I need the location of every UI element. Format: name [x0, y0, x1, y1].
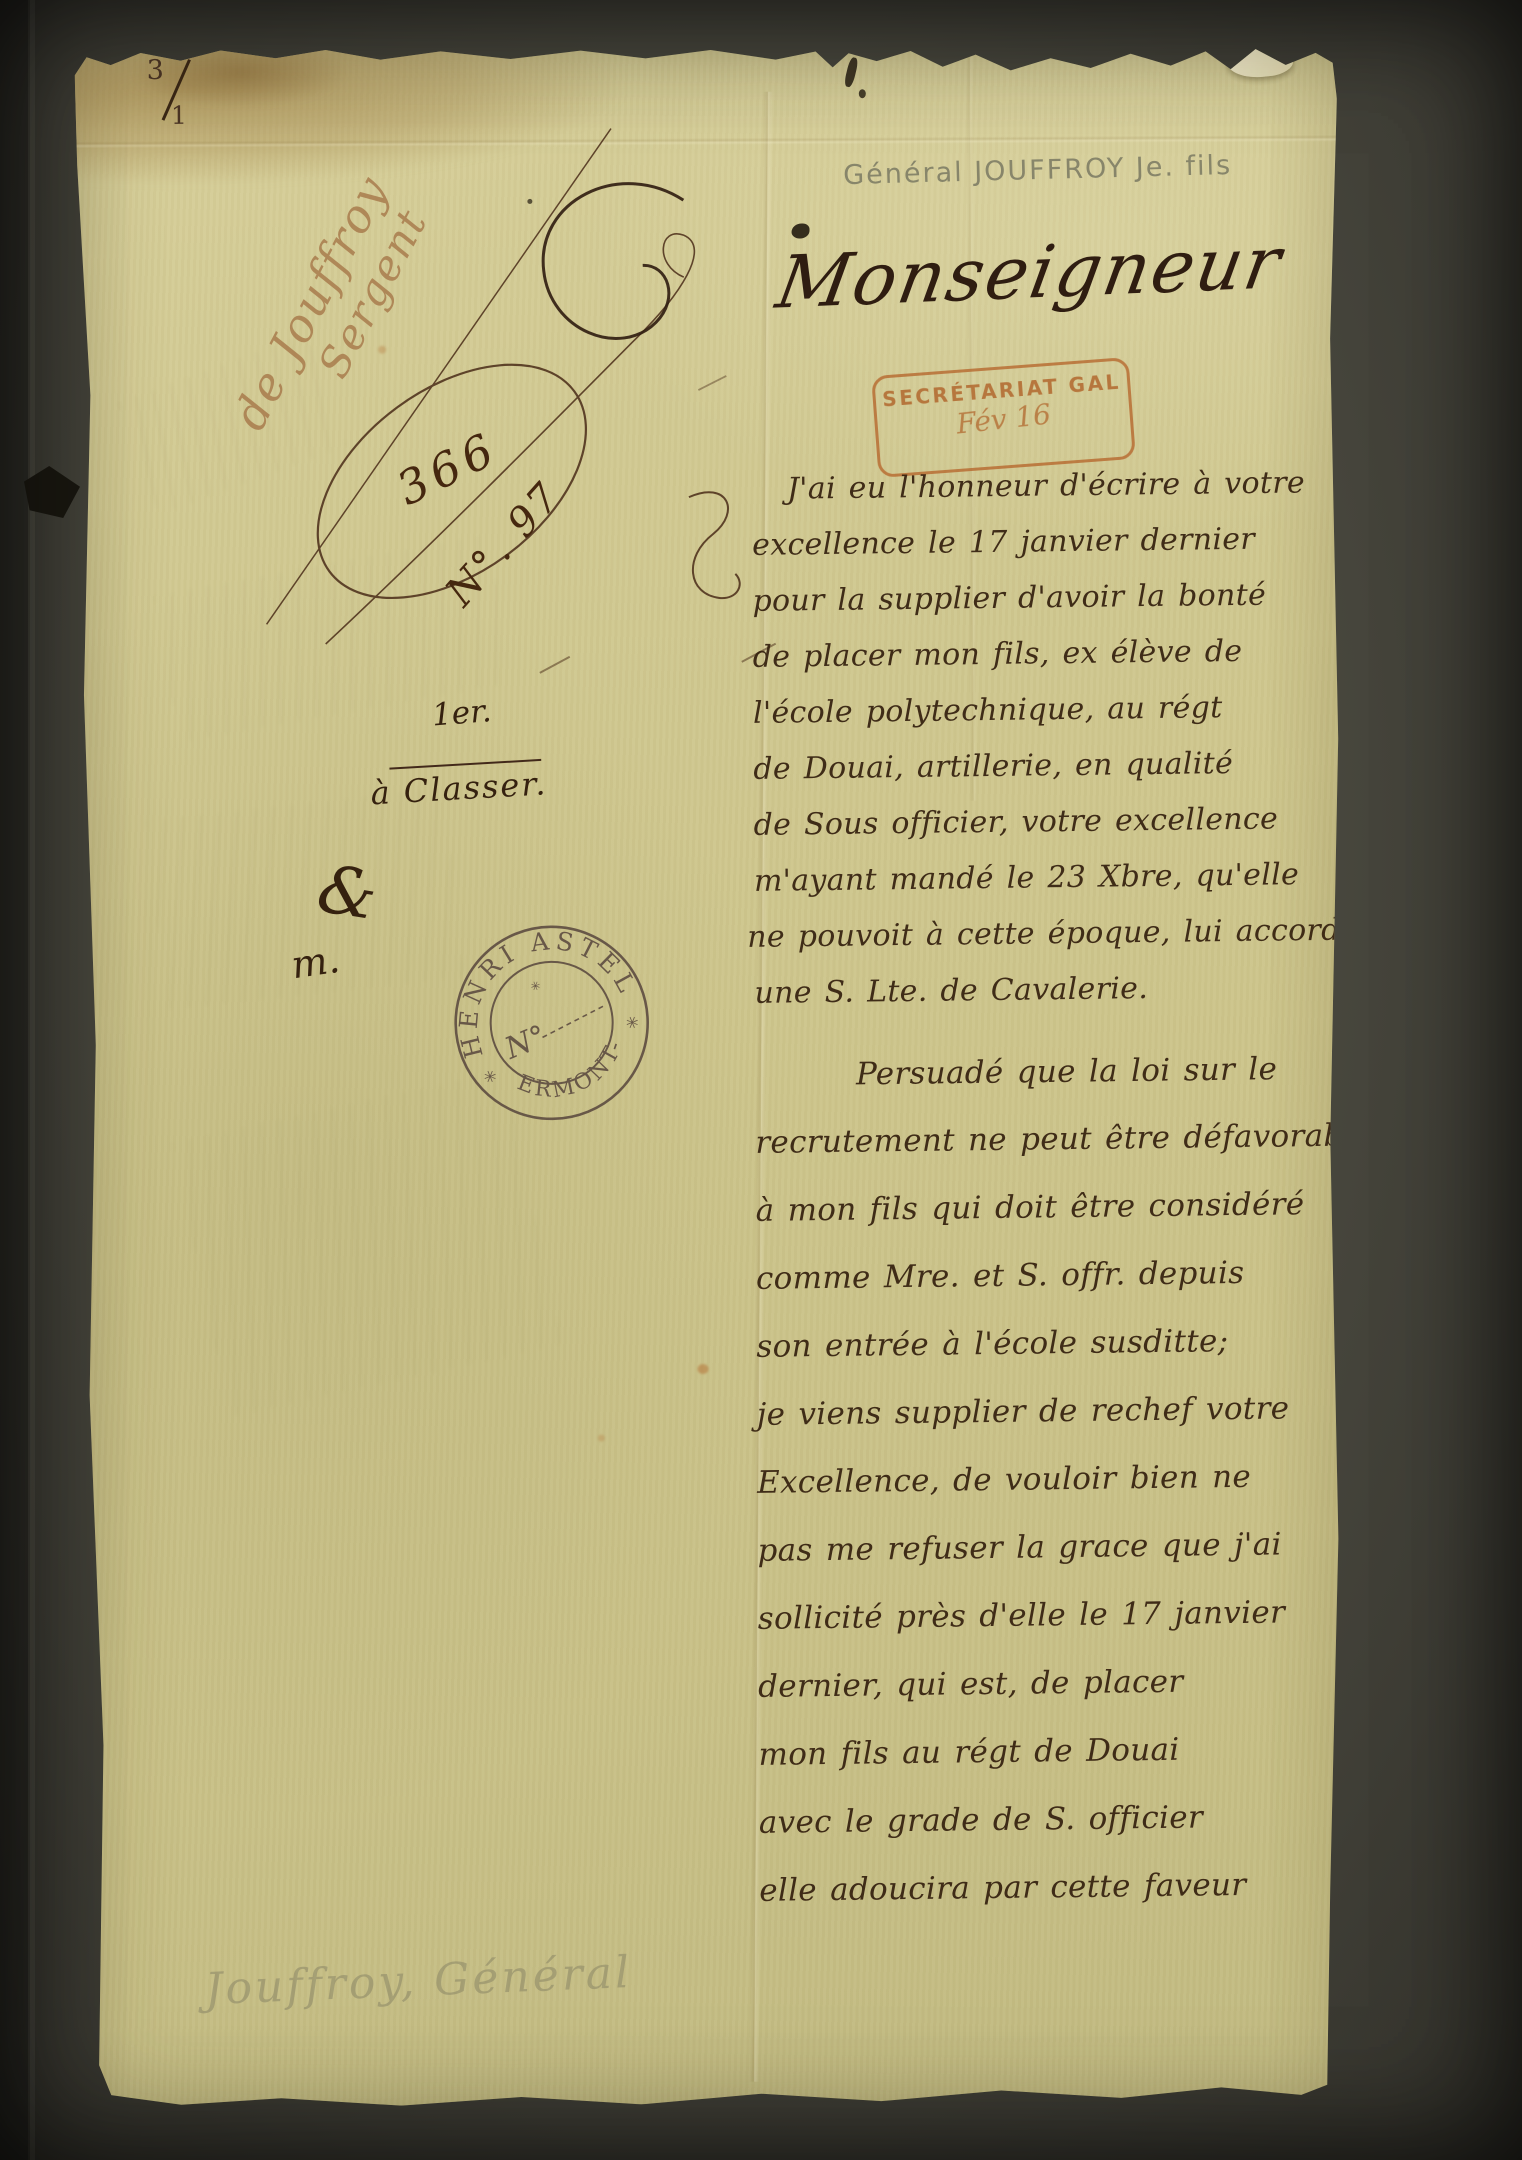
fraction-numerator: 3 [147, 55, 164, 86]
margin-initials: m. [288, 937, 342, 987]
astel-stamp-number-label: N° [499, 1019, 551, 1067]
body-line: ne pouvoit à cette époque, lui accorder [747, 913, 1347, 955]
pencil-attribution-bottom: Jouffroy, Général [204, 1947, 633, 2015]
foxing-spot [598, 1435, 605, 1442]
body-line: l'école polytechnique, au régt [753, 689, 1353, 731]
body-line: elle adoucira par cette faveur [759, 1866, 1359, 1909]
ink-show-through [171, 1071, 563, 1417]
manuscript-page: 3 1 de Jouffroy Sergent 366 N°. 97 1er. … [71, 39, 1352, 2130]
body-line: pour la supplier d'avoir la bonté [752, 577, 1352, 619]
backdrop-shadow-band [0, 0, 28, 2160]
body-line: une S. Lte. de Cavalerie. [754, 969, 1354, 1011]
body-line: Persuadé que la loi sur le [856, 1049, 1456, 1092]
body-line: comme Mre. et S. offr. depuis [756, 1254, 1356, 1297]
pencil-attribution-top: Général JOUFFROY Je. fils [843, 148, 1304, 191]
body-line: sollicité près d'elle le 17 janvier [758, 1594, 1358, 1637]
ink-speck [527, 199, 532, 204]
classement-note: à Classer. [370, 764, 549, 812]
fraction-denominator: 1 [171, 101, 187, 130]
body-line: dernier, qui est, de placer [758, 1662, 1358, 1705]
registry-number: 366 [388, 421, 507, 516]
star-icon: ✳ [528, 978, 543, 995]
archival-fraction: 3 1 [141, 55, 211, 139]
body-line: Excellence, de vouloir bien ne [757, 1458, 1357, 1501]
classement-ordinal: 1er. [431, 693, 493, 733]
astel-stamp-arc-bottom-text: CLERMONT-Fd [487, 981, 641, 1121]
body-line: de placer mon fils, ex élève de [753, 633, 1353, 675]
body-line: mon fils au régt de Douai [758, 1730, 1358, 1773]
foxing-spot [697, 1364, 708, 1374]
paper-tear [1225, 40, 1294, 81]
ink-speck [859, 89, 866, 98]
salutation-flourish [543, 183, 684, 338]
star-icon: ✳ [623, 1011, 643, 1034]
body-line: son entrée à l'école susditte; [756, 1322, 1356, 1365]
body-line: pas me refuser la grace que j'ai [757, 1526, 1357, 1569]
body-line: avec le grade de S. officier [759, 1798, 1359, 1841]
photo-backdrop: 3 1 de Jouffroy Sergent 366 N°. 97 1er. … [0, 0, 1522, 2160]
body-line: J'ai eu l'honneur d'écrire à votre [787, 464, 1387, 506]
astel-stamp-arc-top-text: HENRI ASTEL [429, 900, 645, 1065]
secretariat-stamp: SECRÉTARIAT GAL Fév 16 [871, 357, 1136, 478]
margin-flourish-glyph: & [313, 850, 383, 935]
body-line: à mon fils qui doit être considéré [755, 1186, 1355, 1229]
body-line: de Sous officier, votre excellence [753, 801, 1353, 843]
fold-crease [749, 92, 773, 2082]
body-line: de Douai, artillerie, en qualité [753, 745, 1353, 787]
body-line: je viens supplier de rechef votre [757, 1390, 1357, 1433]
body-line: m'ayant mandé le 23 Xbre, qu'elle [754, 857, 1354, 899]
backdrop-fold-line [30, 0, 35, 2160]
ink-speck [843, 57, 859, 88]
salutation: Monseigneur [771, 220, 1289, 325]
body-line: excellence le 17 janvier dernier [752, 521, 1352, 563]
ink-blot [791, 223, 809, 238]
body-line: recrutement ne peut être défavorable [755, 1118, 1355, 1161]
